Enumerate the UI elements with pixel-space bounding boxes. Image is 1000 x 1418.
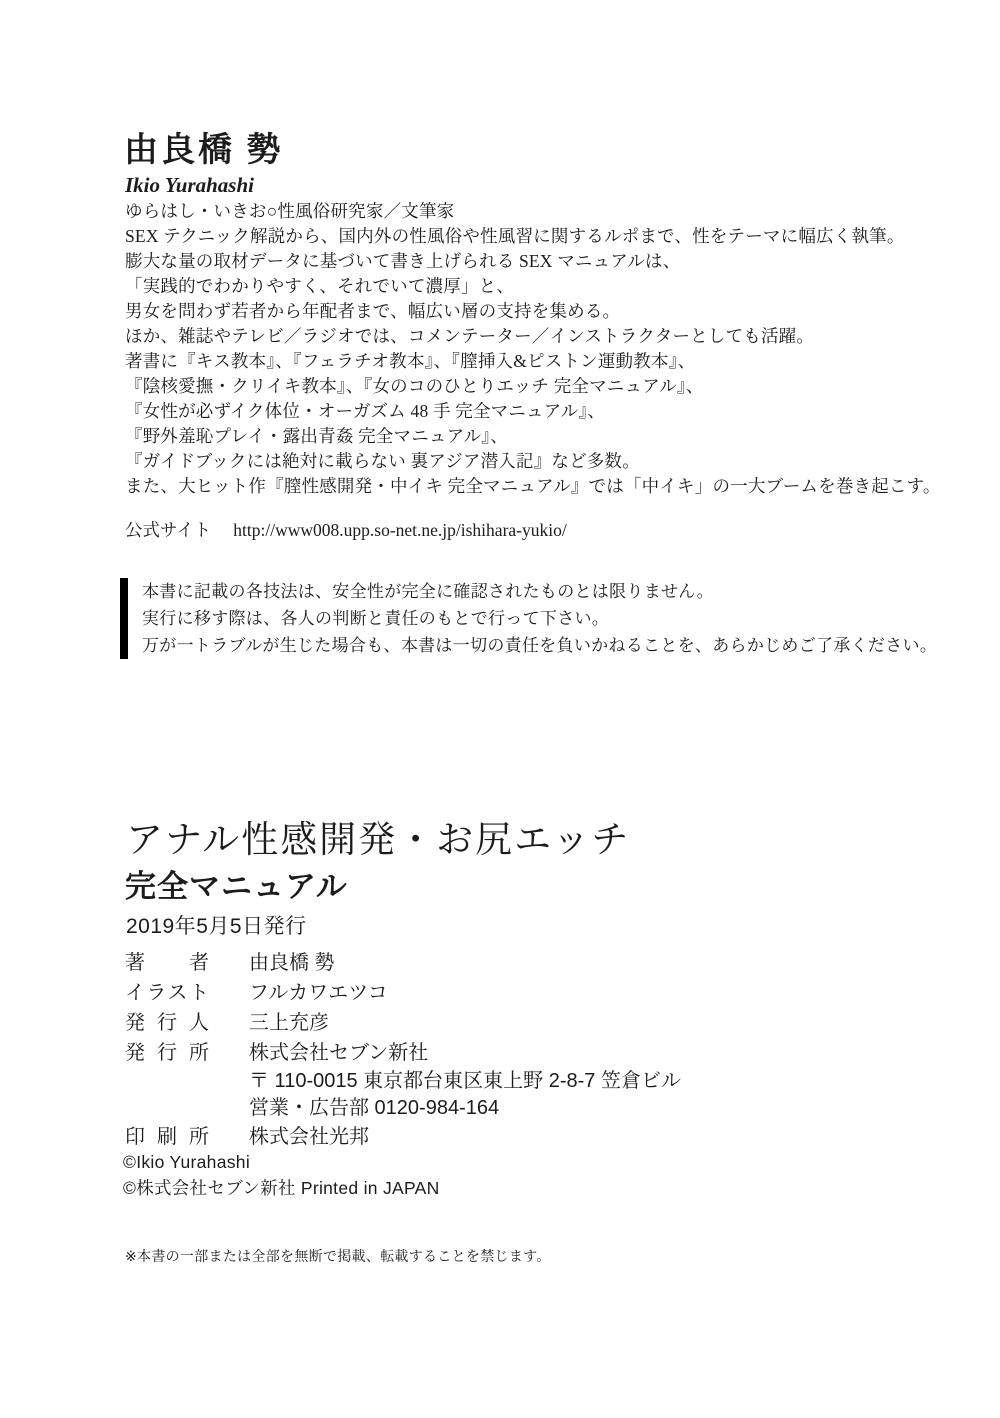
official-site-row: 公式サイトhttp://www008.upp.so-net.ne.jp/ishi… bbox=[125, 518, 567, 543]
colophon-value: 株式会社セブン新社 bbox=[249, 1042, 428, 1064]
colophon-table: 著者由良橋 勢 イラストフルカワエツコ 発行人三上充彦 発行所株式会社セブン新社… bbox=[125, 948, 681, 1152]
book-subtitle: 完全マニュアル bbox=[125, 867, 348, 907]
bio-line: ほか、雑誌やテレビ／ラジオでは、コメンテーター／インストラクターとしても活躍。 bbox=[125, 324, 941, 349]
disclaimer-line: 万が一トラブルが生じた場合も、本書は一切の責任を負いかねることを、あらかじめご了… bbox=[142, 632, 937, 659]
copyright-line: ©Ikio Yurahashi bbox=[123, 1149, 440, 1175]
colophon-row-illustrator: イラストフルカワエツコ bbox=[125, 978, 681, 1008]
disclaimer-line: 実行に移す際は、各人の判断と責任のもとで行って下さい。 bbox=[142, 605, 937, 632]
colophon-row-publisher-person: 発行人三上充彦 bbox=[125, 1008, 681, 1038]
colophon-label: 発行所 bbox=[125, 1038, 209, 1068]
bio-line: 著書に『キス教本』、『フェラチオ教本』、『膣挿入&ピストン運動教本』、 bbox=[125, 349, 941, 374]
bio-line: 『女性が必ずイク体位・オーガズム 48 手 完全マニュアル』、 bbox=[125, 399, 941, 424]
colophon-row-author: 著者由良橋 勢 bbox=[125, 948, 681, 978]
bio-line: 『陰核愛撫・クリイキ教本』、『女のコのひとりエッチ 完全マニュアル』、 bbox=[125, 374, 941, 399]
official-site-url: http://www008.upp.so-net.ne.jp/ishihara-… bbox=[233, 520, 566, 540]
book-title: アナル性感開発・お尻エッチ bbox=[126, 818, 630, 864]
official-site-label: 公式サイト bbox=[125, 520, 211, 540]
colophon-label: イラスト bbox=[125, 978, 209, 1008]
colophon-value: 株式会社光邦 bbox=[249, 1126, 369, 1148]
colophon-value: フルカワエツコ bbox=[249, 982, 388, 1004]
publish-date: 2019年5月5日発行 bbox=[126, 913, 307, 941]
colophon-row-printer: 印刷所株式会社光邦 bbox=[125, 1122, 681, 1152]
disclaimer-box: 本書に記載の各技法は、安全性が完全に確認されたものとは限りません。 実行に移す際… bbox=[120, 578, 937, 659]
colophon-row-address: 〒 110-0015 東京都台東区東上野 2-8-7 笠倉ビル bbox=[125, 1068, 681, 1095]
bio-line: 『ガイドブックには絶対に載らない 裏アジア潜入記』など多数。 bbox=[125, 449, 941, 474]
copyright-line: ©株式会社セブン新社 Printed in JAPAN bbox=[123, 1175, 440, 1201]
bio-line: 『野外羞恥プレイ・露出青姦 完全マニュアル』、 bbox=[125, 424, 941, 449]
colophon-row-phone: 営業・広告部 0120-984-164 bbox=[125, 1095, 681, 1122]
colophon-label: 著者 bbox=[125, 948, 209, 978]
bio-line: また、大ヒット作『膣性感開発・中イキ 完全マニュアル』では「中イキ」の一大ブーム… bbox=[125, 474, 941, 499]
colophon-row-publisher-company: 発行所株式会社セブン新社 bbox=[125, 1038, 681, 1068]
disclaimer-line: 本書に記載の各技法は、安全性が完全に確認されたものとは限りません。 bbox=[142, 578, 937, 605]
author-bio: ゆらはし・いきお○性風俗研究家／文筆家 SEX テクニック解説から、国内外の性風… bbox=[125, 199, 941, 499]
reprint-prohibition-note: ※本書の一部または全部を無断で掲載、転載することを禁じます。 bbox=[125, 1246, 551, 1266]
colophon-value: 〒 110-0015 東京都台東区東上野 2-8-7 笠倉ビル bbox=[249, 1070, 681, 1092]
colophon-page: 由良橋 勢 Ikio Yurahashi ゆらはし・いきお○性風俗研究家／文筆家… bbox=[0, 0, 1000, 1418]
author-name: 由良橋 勢 bbox=[124, 130, 284, 172]
colophon-value: 三上充彦 bbox=[249, 1012, 329, 1034]
colophon-label: 印刷所 bbox=[125, 1122, 209, 1152]
bio-line: SEX テクニック解説から、国内外の性風俗や性風習に関するルポまで、性をテーマに… bbox=[125, 224, 941, 249]
copyright-block: ©Ikio Yurahashi ©株式会社セブン新社 Printed in JA… bbox=[123, 1149, 440, 1201]
bio-line: 男女を問わず若者から年配者まで、幅広い層の支持を集める。 bbox=[125, 299, 941, 324]
colophon-label: 発行人 bbox=[125, 1008, 209, 1038]
bio-line: 膨大な量の取材データに基づいて書き上げられる SEX マニュアルは、 bbox=[125, 249, 941, 274]
author-romaji: Ikio Yurahashi bbox=[125, 172, 254, 198]
colophon-value: 営業・広告部 0120-984-164 bbox=[249, 1097, 499, 1119]
bio-line: 「実践的でわかりやすく、それでいて濃厚」と、 bbox=[125, 274, 941, 299]
bio-line: ゆらはし・いきお○性風俗研究家／文筆家 bbox=[125, 199, 941, 224]
colophon-value: 由良橋 勢 bbox=[249, 952, 335, 974]
